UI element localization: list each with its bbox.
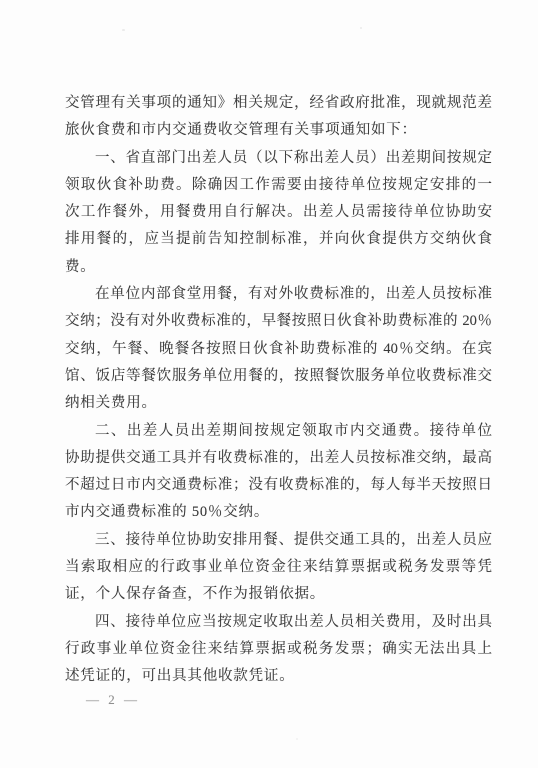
- document-line: 证，个人保存备查，不作为报销依据。: [65, 581, 492, 608]
- document-line: 不超过日市内交通费标准；没有收费标准的，每人每半天按照日: [65, 472, 492, 499]
- document-line: 一、省直部门出差人员（以下称出差人员）出差期间按规定: [65, 145, 492, 172]
- document-line: 协助提供交通工具并有收费标准的，出差人员按标准交纳，最高: [65, 445, 492, 472]
- document-line: 述凭证的，可出具其他收款凭证。: [65, 663, 492, 690]
- document-line: 二、出差人员出差期间按规定领取市内交通费。接待单位: [65, 418, 492, 445]
- document-line: 当索取相应的行政事业单位资金往来结算票据或税务发票等凭: [65, 554, 492, 581]
- document-line: 市内交通费标准的 50％交纳。: [65, 499, 492, 526]
- document-line: 交管理有关事项的通知》相关规定，经省政府批准，现就规范差: [65, 90, 492, 117]
- document-line: 次工作餐外，用餐费用自行解决。出差人员需接待单位协助安: [65, 199, 492, 226]
- document-line: 在单位内部食堂用餐，有对外收费标准的，出差人员按标准: [65, 281, 492, 308]
- document-line: 费。: [65, 254, 492, 281]
- scan-speck: [122, 29, 125, 31]
- scan-speck: [360, 27, 362, 29]
- document-line: 交纳，午餐、晚餐各按照日伙食补助费标准的 40％交纳。在宾: [65, 336, 492, 363]
- document-line: 排用餐的，应当提前告知控制标准，并向伙食提供方交纳伙食: [65, 226, 492, 253]
- document-line: 馆、饭店等餐饮服务单位用餐的，按照餐饮服务单位收费标准交: [65, 363, 492, 390]
- page-number: — 2 —: [86, 692, 140, 708]
- document-body: 交管理有关事项的通知》相关规定，经省政府批准，现就规范差旅伙食费和市内交通费收交…: [65, 90, 492, 691]
- document-line: 行政事业单位资金往来结算票据或税务发票；确实无法出具上: [65, 636, 492, 663]
- document-line: 三、接待单位协助安排用餐、提供交通工具的，出差人员应: [65, 527, 492, 554]
- document-line: 旅伙食费和市内交通费收交管理有关事项通知如下：: [65, 117, 492, 144]
- document-line: 交纳；没有对外收费标准的，早餐按照日伙食补助费标准的 20％: [65, 308, 492, 335]
- scan-speck: [296, 738, 298, 740]
- document-page: 交管理有关事项的通知》相关规定，经省政府批准，现就规范差旅伙食费和市内交通费收交…: [0, 0, 538, 768]
- document-line: 领取伙食补助费。除确因工作需要由接待单位按规定安排的一: [65, 172, 492, 199]
- document-line: 四、接待单位应当按规定收取出差人员相关费用，及时出具: [65, 609, 492, 636]
- document-line: 纳相关费用。: [65, 390, 492, 417]
